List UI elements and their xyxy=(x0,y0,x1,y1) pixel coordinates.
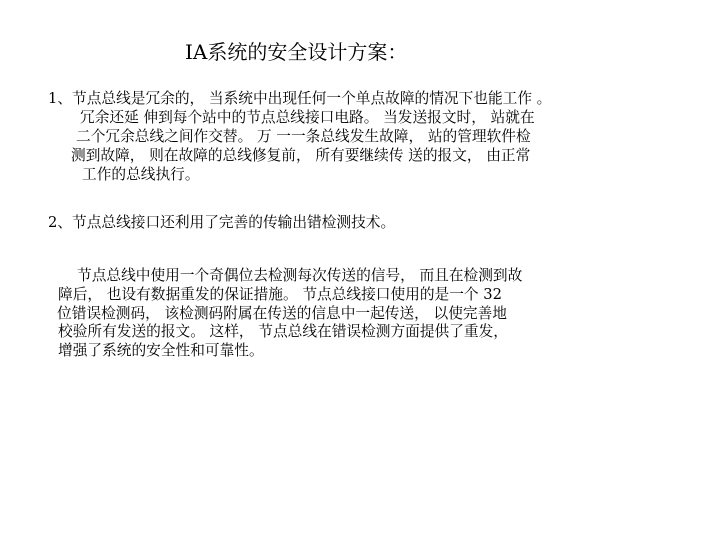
section-3-line-1: 节点总线中使用一个奇偶位去检测每次传送的信号， 而且在检测到故 xyxy=(77,266,522,285)
section-1-line-4: 测到故障， 则在故障的总线修复前， 所有要继续传 送的报文， 由正常 xyxy=(71,146,530,165)
section-1-line-2: 冗余还延 伸到每个站中的节点总线接口电路。 当发送报文时， 站就在 xyxy=(80,108,535,127)
section-2-line-1: 2、节点总线接口还利用了完善的传输出错检测技术。 xyxy=(48,213,395,232)
slide-title: IA系统的安全设计方案： xyxy=(185,41,407,63)
section-3-line-5: 增强了系统的安全性和可靠性。 xyxy=(58,341,264,360)
section-1-line-3: 二个冗余总线之间作交替。 万 一一条总线发生故障， 站的管理软件检 xyxy=(76,127,531,146)
section-3-line-2: 障后， 也设有数据重发的保证措施。 节点总线接口使用的是一个 32 xyxy=(58,285,502,304)
slide-canvas: IA系统的安全设计方案： 1、节点总线是冗余的， 当系统中出现任何一个单点故障的… xyxy=(0,0,720,540)
section-3-line-4: 校验所有发送的报文。 这样， 节点总线在错误检测方面提供了重发， xyxy=(58,322,508,341)
section-1-line-1: 1、节点总线是冗余的， 当系统中出现任何一个单点故障的情况下也能工作 。 xyxy=(48,89,551,108)
section-3-line-3: 位错误检测码， 该检测码附属在传送的信息中一起传送， 以使完善地 xyxy=(57,304,507,323)
section-1-line-5: 工作的总线执行。 xyxy=(82,165,200,184)
